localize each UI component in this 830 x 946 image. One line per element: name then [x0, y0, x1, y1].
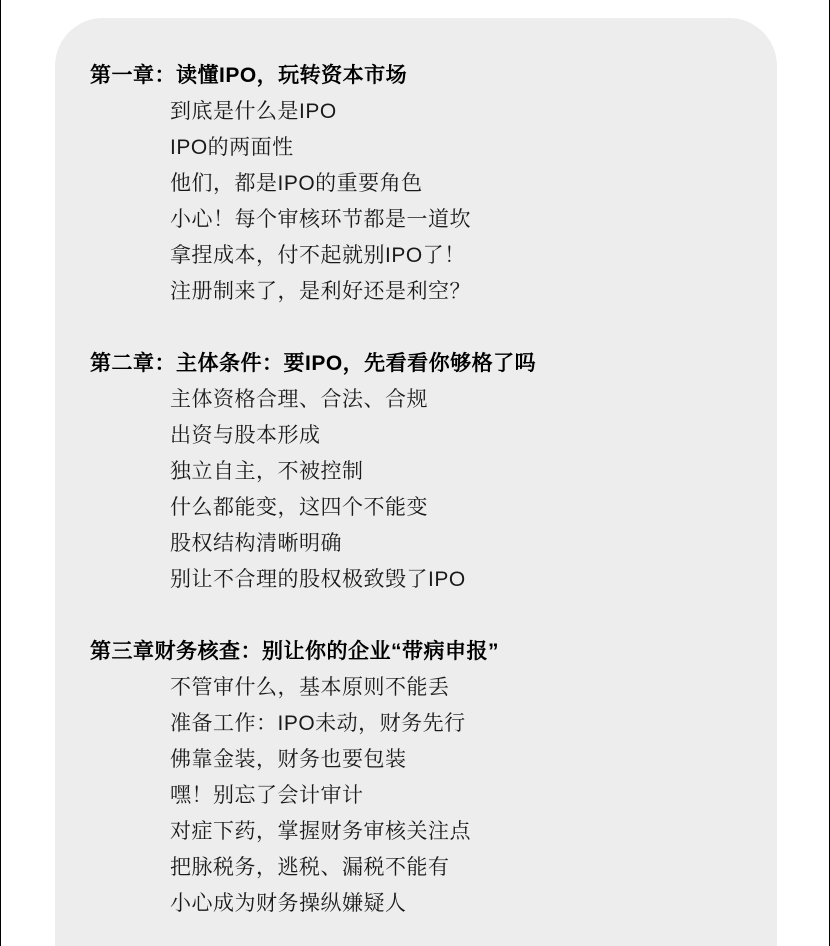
chapter-items: 不管审什么，基本原则不能丢 准备工作：IPO未动，财务先行 佛靠金装，财务也要包…: [170, 670, 757, 922]
chapter-items: 到底是什么是IPO IPO的两面性 他们，都是IPO的重要角色 小心！每个审核环…: [170, 94, 757, 310]
toc-item: 独立自主，不被控制: [170, 454, 757, 490]
chapter-block-2: 第二章：主体条件：要IPO，先看看你够格了吗 主体资格合理、合法、合规 出资与股…: [90, 346, 757, 598]
chapter-block-1: 第一章：读懂IPO，玩转资本市场 到底是什么是IPO IPO的两面性 他们，都是…: [90, 58, 757, 310]
toc-item: 佛靠金装，财务也要包装: [170, 742, 757, 778]
toc-item: 别让不合理的股权极致毁了IPO: [170, 562, 757, 598]
toc-item: 对症下药，掌握财务审核关注点: [170, 814, 757, 850]
toc-item: 主体资格合理、合法、合规: [170, 382, 757, 418]
content-card: 第一章：读懂IPO，玩转资本市场 到底是什么是IPO IPO的两面性 他们，都是…: [55, 18, 777, 946]
page: 第一章：读懂IPO，玩转资本市场 到底是什么是IPO IPO的两面性 他们，都是…: [0, 0, 830, 946]
toc-item: 什么都能变，这四个不能变: [170, 490, 757, 526]
toc-item: 小心！每个审核环节都是一道坎: [170, 202, 757, 238]
toc-item: 嘿！别忘了会计审计: [170, 778, 757, 814]
toc-item: 到底是什么是IPO: [170, 94, 757, 130]
toc-item: 注册制来了，是利好还是利空？: [170, 274, 757, 310]
toc-item: 出资与股本形成: [170, 418, 757, 454]
toc-item: 不管审什么，基本原则不能丢: [170, 670, 757, 706]
toc-item: 小心成为财务操纵嫌疑人: [170, 886, 757, 922]
chapter-block-3: 第三章财务核查：别让你的企业“带病申报” 不管审什么，基本原则不能丢 准备工作：…: [90, 634, 757, 922]
left-edge-line: [0, 0, 1, 946]
toc-item: 拿捏成本，付不起就别IPO了！: [170, 238, 757, 274]
toc-item: 他们，都是IPO的重要角色: [170, 166, 757, 202]
chapter-heading: 第二章：主体条件：要IPO，先看看你够格了吗: [90, 346, 757, 382]
chapter-heading: 第一章：读懂IPO，玩转资本市场: [90, 58, 757, 94]
toc-item: 准备工作：IPO未动，财务先行: [170, 706, 757, 742]
chapter-items: 主体资格合理、合法、合规 出资与股本形成 独立自主，不被控制 什么都能变，这四个…: [170, 382, 757, 598]
toc-item: 股权结构清晰明确: [170, 526, 757, 562]
toc-item: IPO的两面性: [170, 130, 757, 166]
toc-item: 把脉税务，逃税、漏税不能有: [170, 850, 757, 886]
chapter-heading: 第三章财务核查：别让你的企业“带病申报”: [90, 634, 757, 670]
